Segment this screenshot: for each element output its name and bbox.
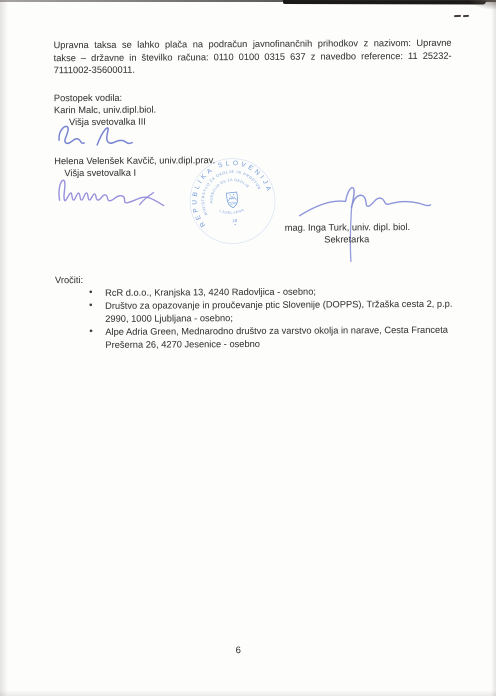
document-content: Upravna taksa se lahko plača na podračun… [0,0,496,696]
officer2-title: Višja svetovalka I [64,167,136,180]
delivery-item-text: Društvo za opazovanje in proučevanje pti… [105,299,452,324]
bullet-icon: • [89,326,92,338]
scanned-document-page: Upravna taksa se lahko plača na podračun… [0,0,496,696]
payment-instruction-paragraph: Upravna taksa se lahko plača na podračun… [54,37,452,77]
page-number: 6 [208,645,268,656]
delivery-item-text: RcR d.o.o., Kranjska 13, 4240 Radovljica… [105,287,316,298]
officer1-title: Višja svetovalka III [69,115,146,128]
stamp-city-text: LJUBLJANA [219,206,246,216]
stamp-coat-of-arms [226,192,238,208]
bullet-icon: • [89,287,92,299]
svg-text:LJUBLJANA: LJUBLJANA [219,206,246,216]
delivery-item-text: Alpe Adria Green, Mednarodno društvo za … [105,325,448,349]
bullet-icon: • [89,300,92,312]
delivery-item: • Društvo za opazovanje in proučevanje p… [88,298,477,325]
stamp-number: 18 [232,218,238,224]
stamp-dot [234,224,235,225]
delivery-label: Vročiti: [55,274,83,287]
delivery-list: • RcR d.o.o., Kranjska 13, 4240 Radovlji… [88,285,480,352]
official-stamp: REPUBLIKA SLOVENIJA MINISTRSTVO ZA OKOLJ… [187,156,278,247]
delivery-item: • Alpe Adria Green, Mednarodno društvo z… [88,324,477,351]
procedure-lead-label: Postopek vodila: [54,92,122,105]
secretary-title: Sekretarka [272,233,422,246]
delivery-item: • RcR d.o.o., Kranjska 13, 4240 Radovlji… [88,285,477,300]
